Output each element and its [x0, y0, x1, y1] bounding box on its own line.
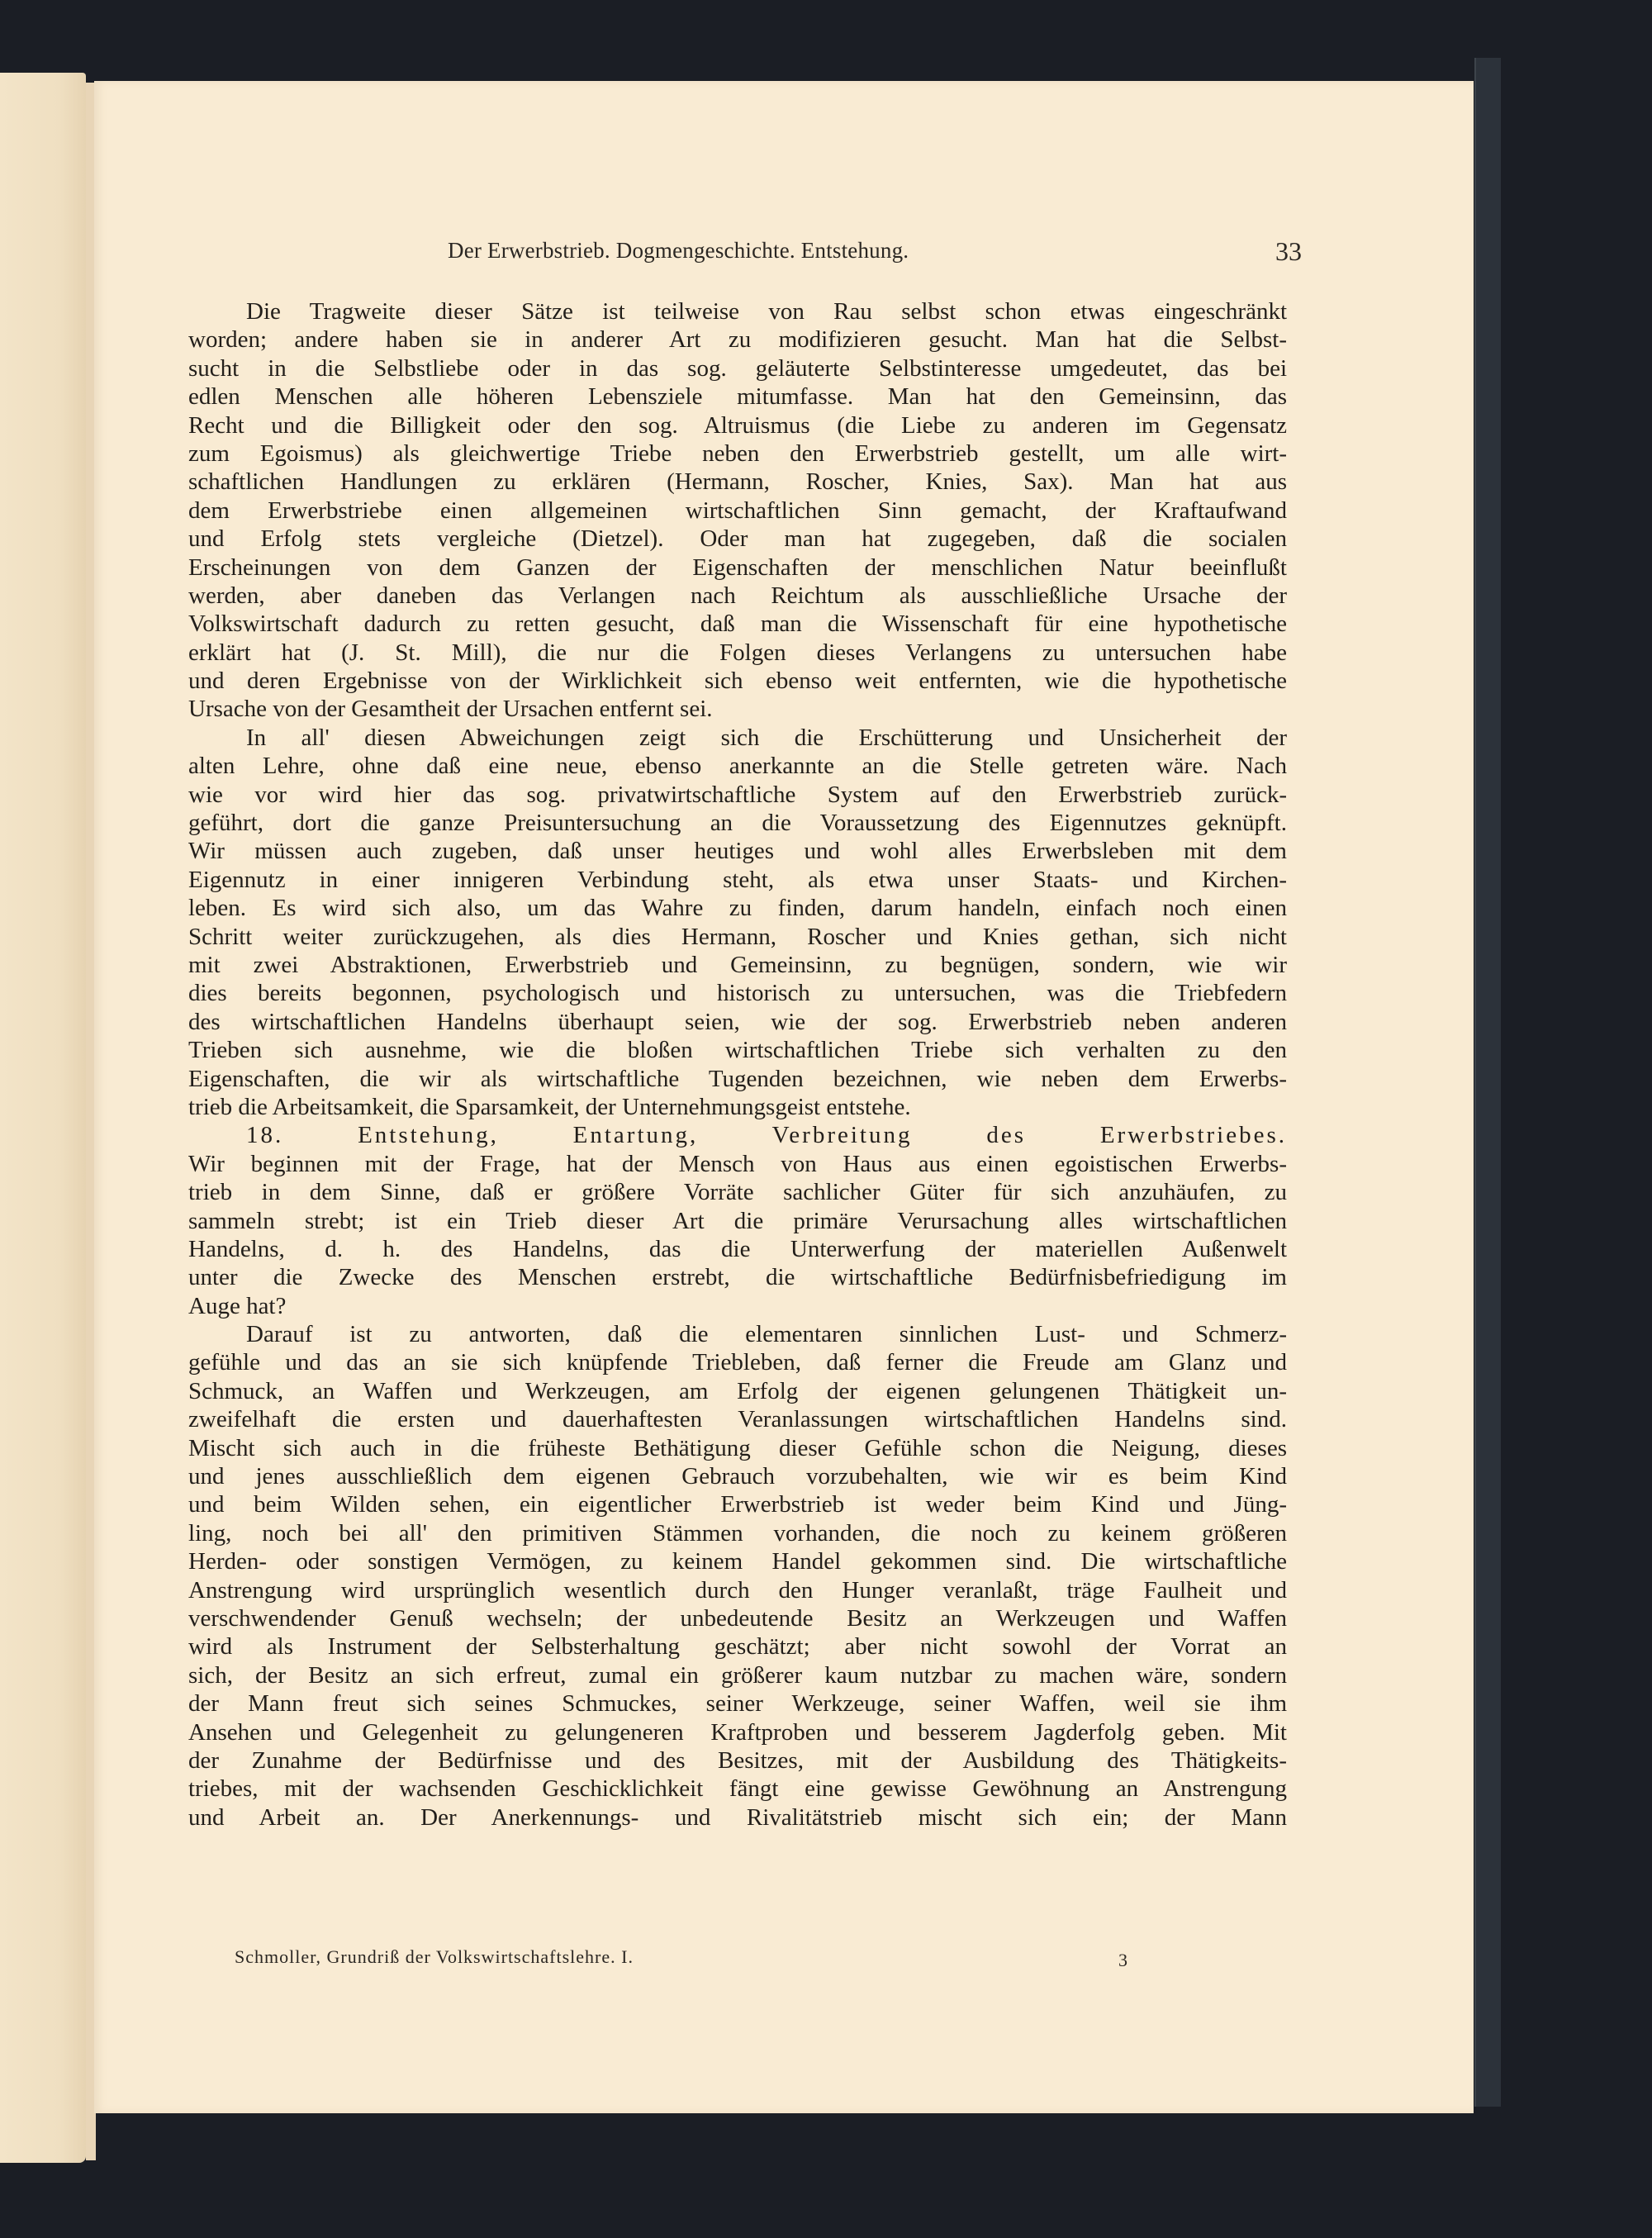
text-line: wie vor wird hier das sog. privatwirtsch…: [188, 781, 1287, 809]
text-line: Die Tragweite dieser Sätze ist teilweise…: [188, 297, 1287, 325]
text-line: gefühle und das an sie sich knüpfende Tr…: [188, 1348, 1287, 1376]
page-footer: Schmoller, Grundriß der Volkswirtschafts…: [94, 1946, 1474, 1976]
body-text: Die Tragweite dieser Sätze ist teilweise…: [188, 297, 1287, 1832]
text-line: unter die Zwecke des Menschen erstrebt, …: [188, 1263, 1287, 1291]
text-line: Erscheinungen von dem Ganzen der Eigensc…: [188, 554, 1287, 582]
text-line: In all' diesen Abweichungen zeigt sich d…: [188, 724, 1287, 752]
sheet-number: 3: [1118, 1950, 1127, 1971]
text-line: sucht in die Selbstliebe oder in das sog…: [188, 354, 1287, 383]
text-line: erklärt hat (J. St. Mill), die nur die F…: [188, 639, 1287, 667]
text-line: Anstrengung wird ursprünglich wesentlich…: [188, 1576, 1287, 1604]
section-heading: 18. Entstehung, Entartung, Verbreitung d…: [188, 1121, 1287, 1149]
text-line: und deren Ergebnisse von der Wirklichkei…: [188, 667, 1287, 695]
text-line: der Zunahme der Bedürfnisse und des Besi…: [188, 1746, 1287, 1775]
text-line: dies bereits begonnen, psychologisch und…: [188, 979, 1287, 1007]
text-line: Darauf ist zu antworten, daß die element…: [188, 1320, 1287, 1348]
text-line: trieb in dem Sinne, daß er größere Vorrä…: [188, 1178, 1287, 1206]
text-line: Handelns, d. h. des Handelns, das die Un…: [188, 1235, 1287, 1263]
running-head: Der Erwerbstrieb. Dogmengeschichte. Ents…: [94, 238, 1474, 271]
footer-signature: Schmoller, Grundriß der Volkswirtschafts…: [235, 1946, 634, 1968]
text-line: Trieben sich ausnehme, wie die bloßen wi…: [188, 1036, 1287, 1064]
text-line: Herden- oder sonstigen Vermögen, zu kein…: [188, 1547, 1287, 1575]
text-line: edlen Menschen alle höheren Lebensziele …: [188, 383, 1287, 411]
text-line: Recht und die Billigkeit oder den sog. A…: [188, 411, 1287, 440]
text-line: und beim Wilden sehen, ein eigentlicher …: [188, 1490, 1287, 1518]
text-line: worden; andere haben sie in anderer Art …: [188, 325, 1287, 354]
text-line: Volkswirtschaft dadurch zu retten gesuch…: [188, 610, 1287, 638]
text-line: Schmuck, an Waffen und Werkzeugen, am Er…: [188, 1377, 1287, 1405]
text-line: Auge hat?: [188, 1292, 1287, 1320]
text-line: schaftlichen Handlungen zu erklären (Her…: [188, 468, 1287, 496]
text-line: werden, aber daneben das Verlangen nach …: [188, 582, 1287, 610]
text-line: Ursache von der Gesamtheit der Ursachen …: [188, 695, 1287, 723]
text-line: Eigenschaften, die wir als wirtschaftlic…: [188, 1065, 1287, 1093]
text-line: dem Erwerbstriebe einen allgemeinen wirt…: [188, 497, 1287, 525]
text-line: zum Egoismus) als gleichwertige Triebe n…: [188, 440, 1287, 468]
text-line: Mischt sich auch in die früheste Bethäti…: [188, 1434, 1287, 1462]
text-line: und jenes ausschließlich dem eigenen Geb…: [188, 1462, 1287, 1490]
text-line: und Erfolg stets vergleiche (Dietzel). O…: [188, 525, 1287, 553]
text-line: geführt, dort die ganze Preisuntersuchun…: [188, 809, 1287, 837]
text-line: sich, der Besitz an sich erfreut, zumal …: [188, 1661, 1287, 1689]
text-line: Ansehen und Gelegenheit zu gelungeneren …: [188, 1718, 1287, 1746]
text-line: sammeln strebt; ist ein Trieb dieser Art…: [188, 1207, 1287, 1235]
text-line: leben. Es wird sich also, um das Wahre z…: [188, 894, 1287, 922]
text-line: Eigennutz in einer innigeren Verbindung …: [188, 866, 1287, 894]
text-line: Wir müssen auch zugeben, daß unser heuti…: [188, 837, 1287, 865]
text-line: wird als Instrument der Selbsterhaltung …: [188, 1632, 1287, 1661]
book-page: Der Erwerbstrieb. Dogmengeschichte. Ents…: [94, 81, 1474, 2113]
book-cover-edge: [1474, 58, 1501, 2107]
text-line: alten Lehre, ohne daß eine neue, ebenso …: [188, 752, 1287, 780]
page-number: 33: [1275, 236, 1302, 267]
text-line: Schritt weiter zurückzugehen, als dies H…: [188, 923, 1287, 951]
text-line: der Mann freut sich seines Schmuckes, se…: [188, 1689, 1287, 1718]
left-page-edge: [0, 73, 86, 2163]
text-line: triebes, mit der wachsenden Geschicklich…: [188, 1775, 1287, 1803]
text-line: und Arbeit an. Der Anerkennungs- und Riv…: [188, 1803, 1287, 1832]
text-line: verschwendender Genuß wechseln; der unbe…: [188, 1604, 1287, 1632]
text-line: zweifelhaft die ersten und dauerhafteste…: [188, 1405, 1287, 1433]
text-line: Wir beginnen mit der Frage, hat der Mens…: [188, 1150, 1287, 1178]
text-line: des wirtschaftlichen Handelns überhaupt …: [188, 1008, 1287, 1036]
text-line: trieb die Arbeitsamkeit, die Sparsamkeit…: [188, 1093, 1287, 1121]
running-head-title: Der Erwerbstrieb. Dogmengeschichte. Ents…: [448, 238, 909, 264]
text-line: ling, noch bei all' den primitiven Stämm…: [188, 1519, 1287, 1547]
text-line: mit zwei Abstraktionen, Erwerbstrieb und…: [188, 951, 1287, 979]
